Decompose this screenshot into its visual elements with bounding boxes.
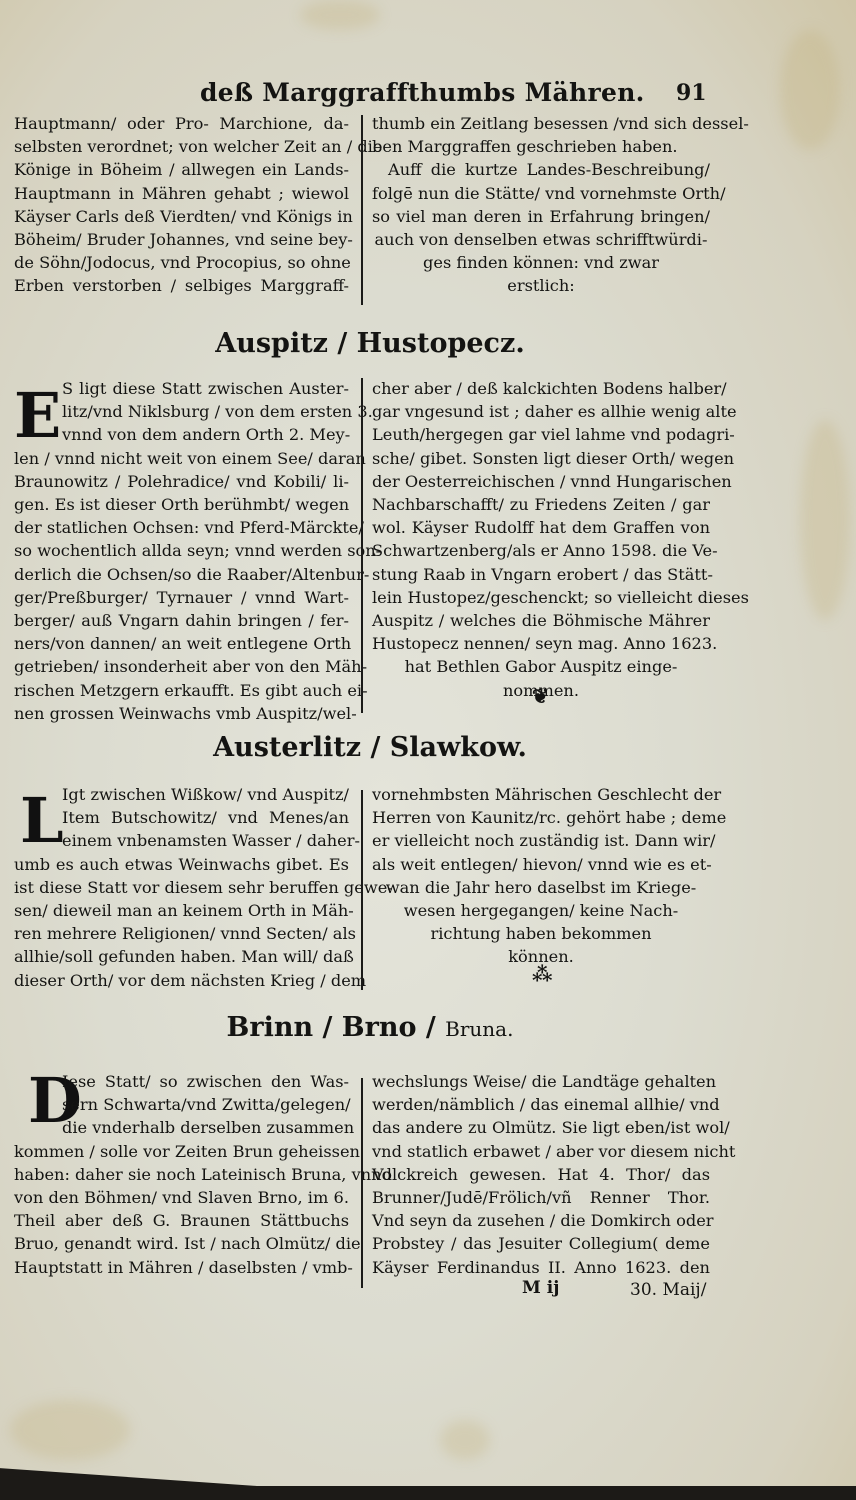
text-line: Könige in Böheim / allwegen ein Lands- (14, 158, 349, 181)
text-line: Iese Statt/ so zwischen den Was- (14, 1070, 349, 1093)
text-line: vnnd von dem andern Orth 2. Mey- (14, 423, 349, 446)
text-line: die vnderhalb derselben zusammen (14, 1116, 349, 1139)
text-line: stung Raab in Vngarn erobert / das Stätt… (372, 563, 710, 586)
column-rule (361, 115, 363, 305)
text-line: Braunowitz / Polehradice/ vnd Kobili/ li… (14, 470, 349, 493)
column-rule (361, 378, 363, 713)
text-line: len / vnnd nicht weit von einem See/ dar… (14, 447, 349, 470)
text-line: Leuth/hergegen gar viel lahme vnd podagr… (372, 423, 710, 446)
intro-left-column: Hauptmann/ oder Pro- Marchione, da- selb… (14, 112, 349, 298)
text-line: sche/ gibet. Sonsten ligt dieser Orth/ w… (372, 447, 710, 470)
text-line: der Oesterreichischen / vnnd Hungarische… (372, 470, 710, 493)
text-line: haben: daher sie noch Lateinisch Bruna, … (14, 1163, 349, 1186)
text-line: thumb ein Zeitlang besessen /vnd sich de… (372, 112, 710, 135)
text-line: getrieben/ insonderheit aber von den Mäh… (14, 655, 349, 678)
text-line: de Söhn/Jodocus, vnd Procopius, so ohne (14, 251, 349, 274)
text-line: Schwartzenberg/als er Anno 1598. die Ve- (372, 539, 710, 562)
text-line: Brunner/Judē/Frölich/vñ Renner Thor. (372, 1186, 710, 1209)
text-line: S ligt diese Statt zwischen Auster- (14, 377, 349, 400)
text-line: hat Bethlen Gabor Auspitz einge- (372, 655, 710, 678)
text-line: selbsten verordnet; von welcher Zeit an … (14, 135, 349, 158)
text-line: umb es auch etwas Weinwachs gibet. Es (14, 853, 349, 876)
auspitz-right-column: cher aber / deß kalckichten Bodens halbe… (372, 377, 710, 702)
text-line: kommen / solle vor Zeiten Brun geheissen (14, 1140, 349, 1163)
text-line: Probstey / das Jesuiter Collegium( deme (372, 1232, 710, 1255)
text-line: von den Böhmen/ vnd Slaven Brno, im 6. (14, 1186, 349, 1209)
text-line: erstlich: (372, 274, 710, 297)
section-heading-austerlitz: Austerlitz / Slawkow. (0, 732, 740, 763)
text-line: ren mehrere Religionen/ vnnd Secten/ als (14, 922, 349, 945)
text-line: wol. Käyser Rudolff hat dem Graffen von (372, 516, 710, 539)
heading-text: Brinn / Brno / (227, 1012, 446, 1043)
text-line: wechslungs Weise/ die Landtäge gehalten (372, 1070, 710, 1093)
book-page: deß Marggraffthumbs Mähren. 91 Hauptmann… (0, 0, 856, 1486)
text-line: Herren von Kaunitz/rc. gehört habe ; dem… (372, 806, 710, 829)
text-line: folgē nun die Stätte/ vnd vornehmste Ort… (372, 182, 710, 205)
text-line: rischen Metzgern erkaufft. Es gibt auch … (14, 679, 349, 702)
column-rule (361, 1078, 363, 1288)
heading-latin: Bruna. (445, 1017, 513, 1041)
text-line: ges finden können: vnd zwar (372, 251, 710, 274)
text-line: richtung haben bekommen (372, 922, 710, 945)
text-line: Böheim/ Bruder Johannes, vnd seine bey- (14, 228, 349, 251)
text-line: Käyser Ferdinandus II. Anno 1623. den (372, 1256, 710, 1279)
text-line: werden/nämblich / das einemal allhie/ vn… (372, 1093, 710, 1116)
page-number: 91 (676, 80, 707, 106)
text-line: vornehmbsten Mährischen Geschlecht der (372, 783, 710, 806)
text-line: dieser Orth/ vor dem nächsten Krieg / de… (14, 969, 349, 992)
text-line: er vielleicht noch zuständig ist. Dann w… (372, 829, 710, 852)
text-line: ben Marggraffen geschrieben haben. (372, 135, 710, 158)
text-line: gen. Es ist dieser Orth berühmbt/ wegen (14, 493, 349, 516)
text-line: so wochentlich allda seyn; vnnd werden s… (14, 539, 349, 562)
running-head: deß Marggraffthumbs Mähren. (200, 78, 645, 107)
text-line: Item Butschowitz/ vnd Menes/an (14, 806, 349, 829)
column-rule (361, 790, 363, 990)
text-line: Auspitz / welches die Böhmische Mährer (372, 609, 710, 632)
section-heading-auspitz: Auspitz / Hustopecz. (0, 328, 740, 359)
text-line: Hauptmann in Mähren gehabt ; wiewol (14, 182, 349, 205)
text-line: Nachbarschafft/ zu Friedens Zeiten / gar (372, 493, 710, 516)
auspitz-left-column: S ligt diese Statt zwischen Auster- litz… (14, 377, 349, 725)
text-line: ger/Preßburger/ Tyrnauer / vnnd Wart- (14, 586, 349, 609)
intro-right-column: thumb ein Zeitlang besessen /vnd sich de… (372, 112, 710, 298)
text-line: sen/ dieweil man an keinem Orth in Mäh- (14, 899, 349, 922)
text-line: als weit entlegen/ hievon/ vnnd wie es e… (372, 853, 710, 876)
text-line: Vnd seyn da zusehen / die Domkirch oder (372, 1209, 710, 1232)
text-line: berger/ auß Vngarn dahin bringen / fer- (14, 609, 349, 632)
text-line: Hauptstatt in Mähren / daselbsten / vmb- (14, 1256, 349, 1279)
text-line: das andere zu Olmütz. Sie ligt eben/ist … (372, 1116, 710, 1139)
text-line: lein Hustopez/geschenckt; so vielleicht … (372, 586, 710, 609)
section-heading-brinn: Brinn / Brno / Bruna. (0, 1012, 740, 1043)
text-line: nen grossen Weinwachs vmb Auspitz/wel- (14, 702, 349, 725)
asterism-ornament-icon: ⁂ (532, 962, 552, 986)
text-line: derlich die Ochsen/so die Raaber/Altenbu… (14, 563, 349, 586)
text-line: Igt zwischen Wißkow/ vnd Auspitz/ (14, 783, 349, 806)
text-line: Hustopecz nennen/ seyn mag. Anno 1623. (372, 632, 710, 655)
text-line: einem vnbenamsten Wasser / daher- (14, 829, 349, 852)
text-line: gar vngesund ist ; daher es allhie wenig… (372, 400, 710, 423)
text-line: Hauptmann/ oder Pro- Marchione, da- (14, 112, 349, 135)
fleuron-ornament-icon: ❦ (532, 684, 549, 708)
text-line: wesen hergegangen/ keine Nach- (372, 899, 710, 922)
text-line: ist diese Statt vor diesem sehr beruffen… (14, 876, 349, 899)
brinn-right-column: wechslungs Weise/ die Landtäge gehalten … (372, 1070, 710, 1279)
text-line: wan die Jahr hero daselbst im Kriege- (372, 876, 710, 899)
austerlitz-right-column: vornehmbsten Mährischen Geschlecht der H… (372, 783, 710, 969)
text-line: Theil aber deß G. Braunen Stättbuchs (14, 1209, 349, 1232)
text-line: Erben verstorben / selbiges Marggraff- (14, 274, 349, 297)
text-line: Volckreich gewesen. Hat 4. Thor/ das (372, 1163, 710, 1186)
text-line: Auff die kurtze Landes-Beschreibung/ (372, 158, 710, 181)
text-line: sern Schwarta/vnd Zwitta/gelegen/ (14, 1093, 349, 1116)
text-line: allhie/soll gefunden haben. Man will/ da… (14, 945, 349, 968)
text-line: der statlichen Ochsen: vnd Pferd-Märckte… (14, 516, 349, 539)
catchword: 30. Maij/ (630, 1280, 706, 1300)
brinn-left-column: Iese Statt/ so zwischen den Was- sern Sc… (14, 1070, 349, 1279)
text-line: Bruo, genandt wird. Ist / nach Olmütz/ d… (14, 1232, 349, 1255)
signature-mark: M ij (522, 1278, 559, 1298)
austerlitz-left-column: Igt zwischen Wißkow/ vnd Auspitz/ Item B… (14, 783, 349, 992)
text-line: Käyser Carls deß Vierdten/ vnd Königs in (14, 205, 349, 228)
text-line: vnd statlich erbawet / aber vor diesem n… (372, 1140, 710, 1163)
text-line: litz/vnd Niklsburg / von dem ersten 3. (14, 400, 349, 423)
text-line: ners/von dannen/ an weit entlegene Orth (14, 632, 349, 655)
text-line: auch von denselben etwas schrifftwürdi- (372, 228, 710, 251)
text-line: cher aber / deß kalckichten Bodens halbe… (372, 377, 710, 400)
text-line: so viel man deren in Erfahrung bringen/ (372, 205, 710, 228)
